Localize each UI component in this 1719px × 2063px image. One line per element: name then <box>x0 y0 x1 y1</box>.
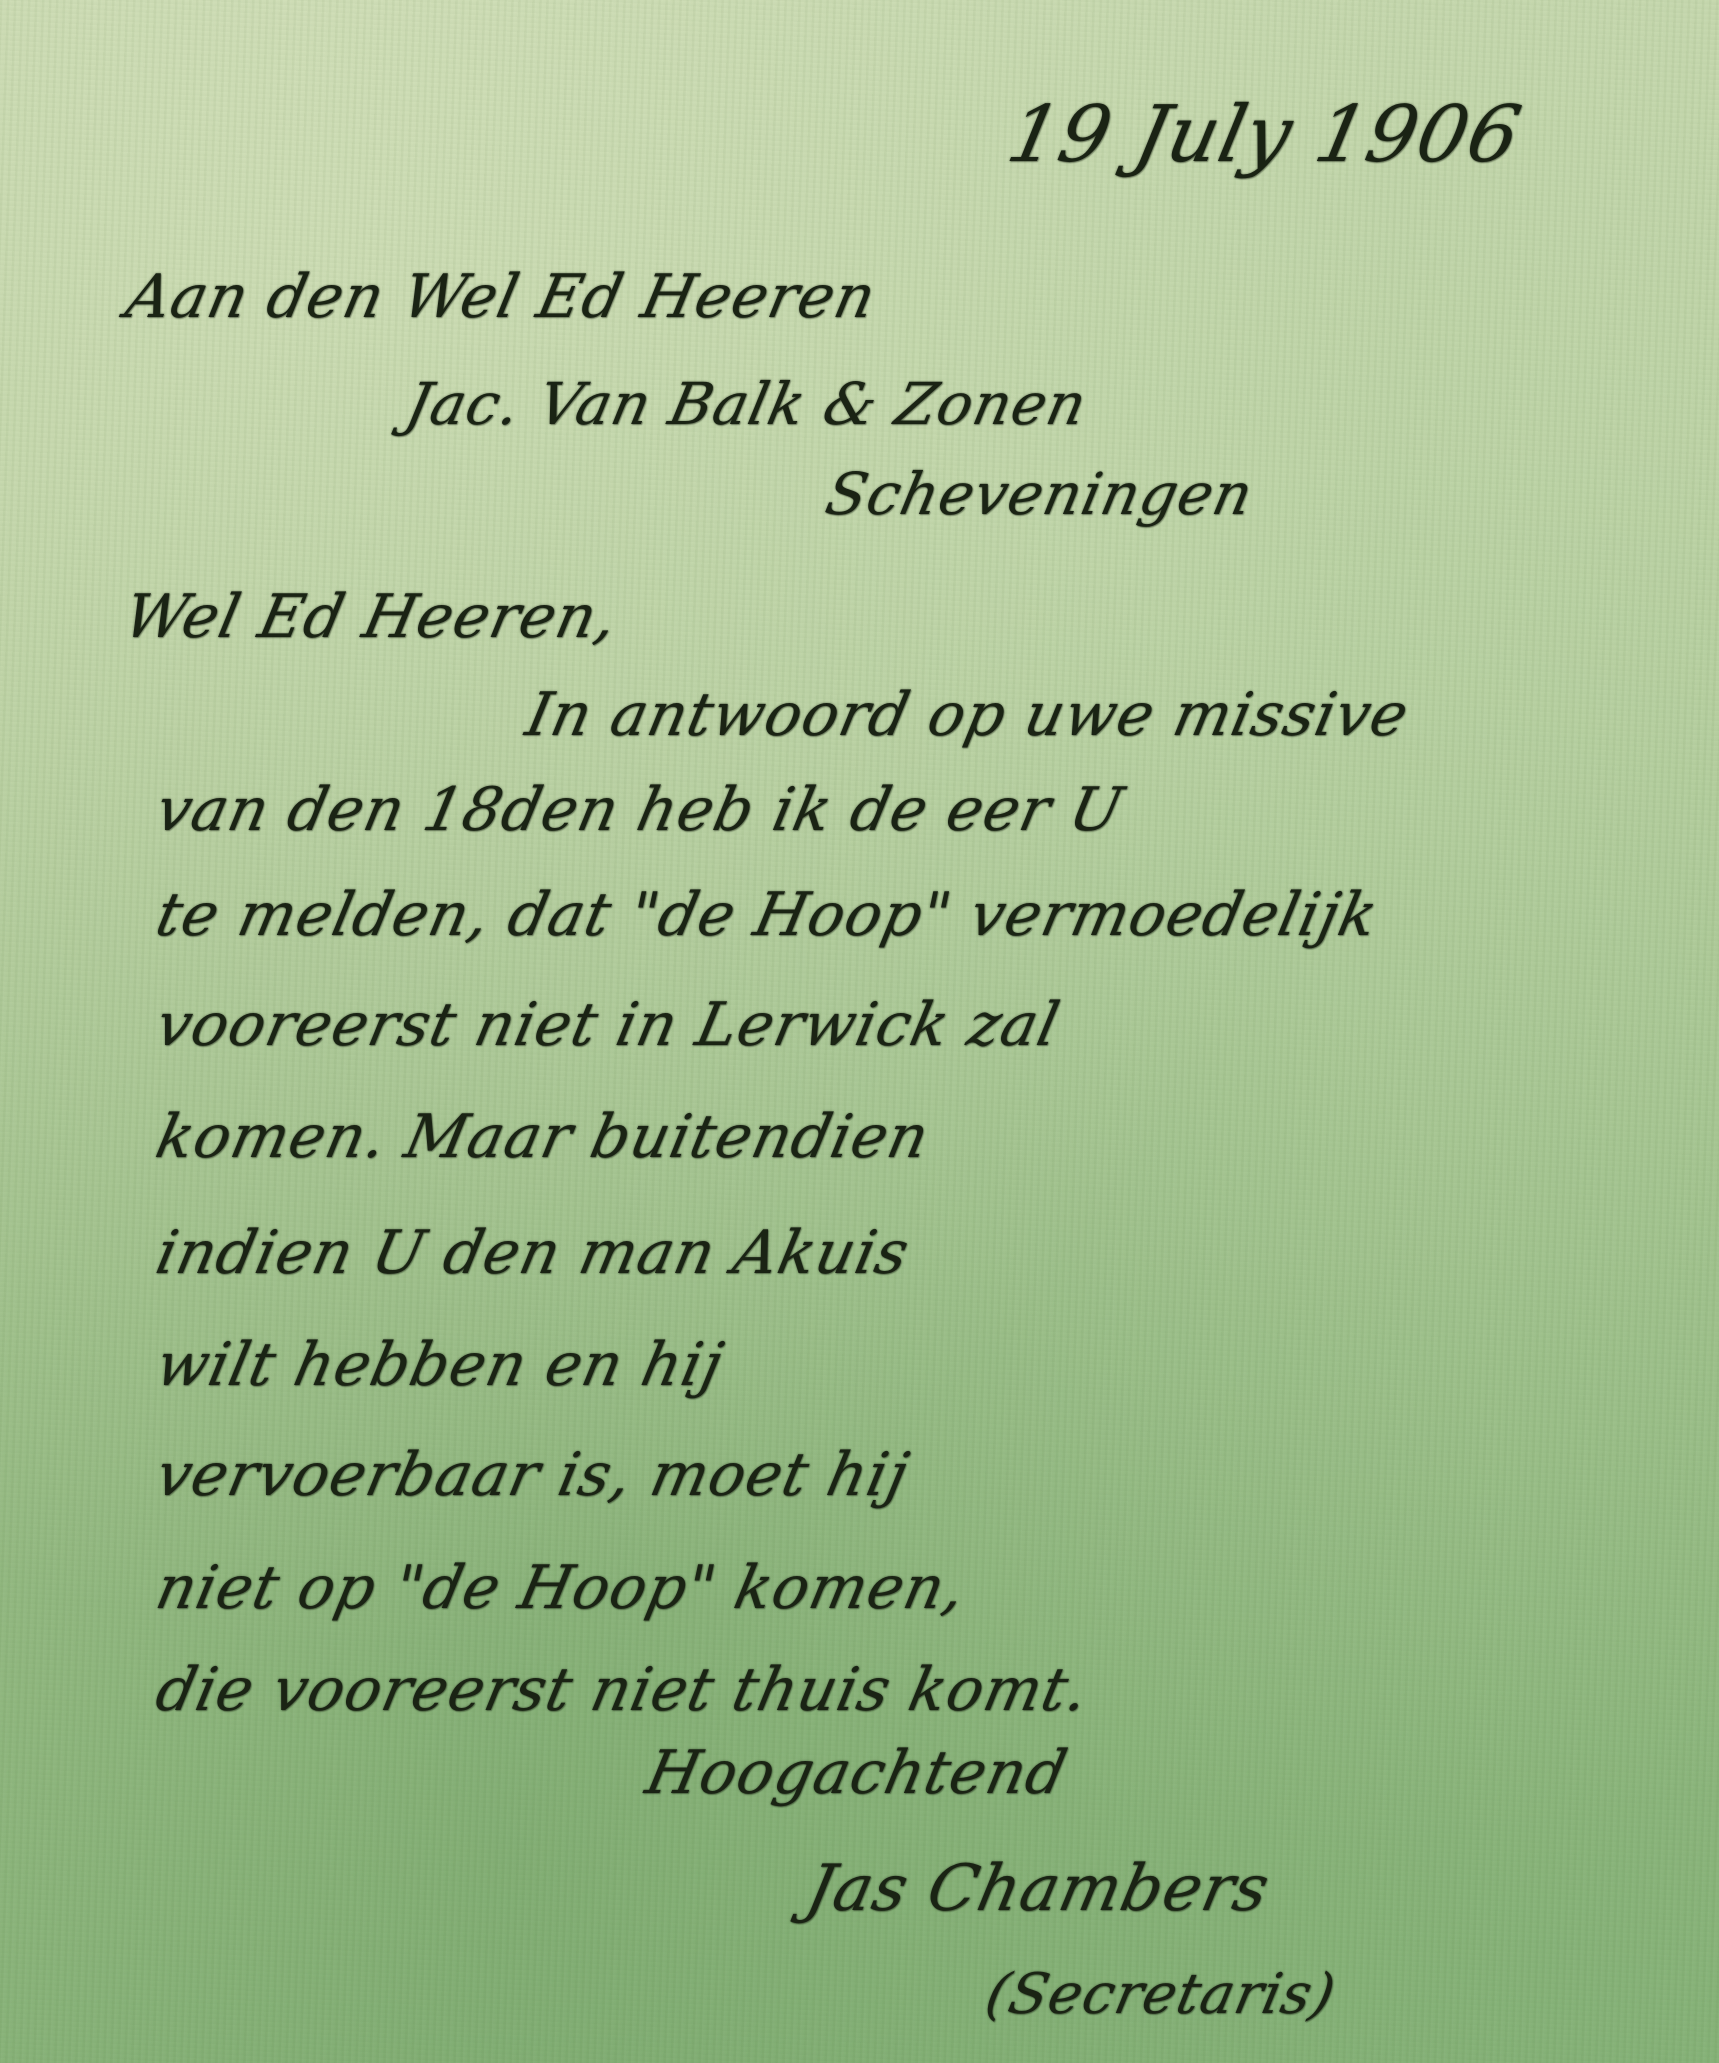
body-line: van den 18den heb ik de eer U <box>150 775 1129 845</box>
letter-date: 19 July 1906 <box>1000 90 1529 180</box>
addressee-line-1: Aan den Wel Ed Heeren <box>120 262 882 332</box>
addressee-line-2: Jac. Van Balk & Zonen <box>400 370 1093 438</box>
body-line: vervoerbaar is, moet hij <box>150 1440 915 1510</box>
body-line: niet op "de Hoop" komen, <box>150 1553 972 1623</box>
addressee-line-3: Scheveningen <box>820 460 1260 528</box>
salutation: Wel Ed Heeren, <box>118 582 624 652</box>
body-line: te melden, dat "de Hoop" vermoedelijk <box>150 880 1384 950</box>
letter-paper: 19 July 1906 Aan den Wel Ed Heeren Jac. … <box>0 0 1719 2063</box>
body-line: In antwoord op uwe missive <box>520 680 1415 750</box>
body-line: vooreerst niet in Lerwick zal <box>150 990 1066 1060</box>
body-line: indien U den man Akuis <box>150 1218 916 1288</box>
body-line: wilt hebben en hij <box>150 1330 730 1400</box>
body-line: komen. Maar buitendien <box>150 1102 936 1172</box>
body-line: die vooreerst niet thuis komt. <box>150 1655 1095 1725</box>
closing: Hoogachtend <box>640 1738 1074 1808</box>
signature: Jas Chambers <box>800 1852 1276 1926</box>
signer-title: (Secretaris) <box>980 1962 1342 2027</box>
